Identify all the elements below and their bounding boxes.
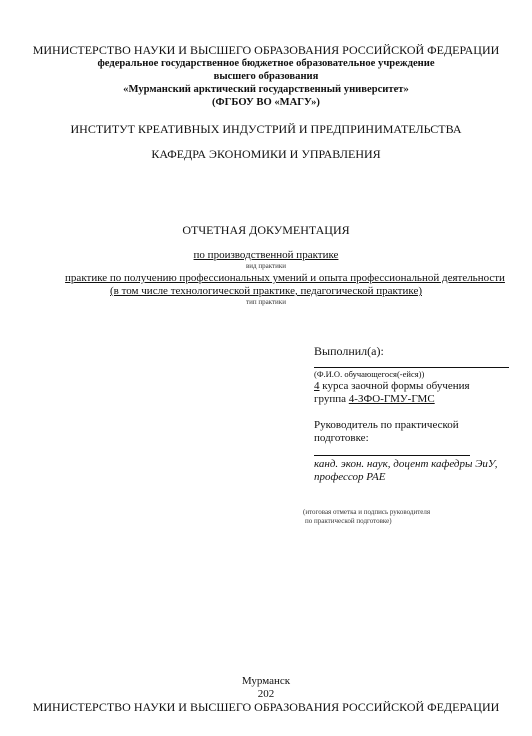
- practice-type-caption: тип практики: [0, 298, 532, 307]
- department-name: КАФЕДРА ЭКОНОМИКИ И УПРАВЛЕНИЯ: [0, 147, 532, 161]
- group-label: группа: [314, 393, 349, 405]
- institution-type-line1: федеральное государственное бюджетное об…: [0, 57, 532, 70]
- institution-type-line2: высшего образования: [0, 70, 532, 83]
- practice-kind-value: по производственной практике: [0, 249, 532, 262]
- course-text: курса заочной формы обучения: [320, 380, 470, 392]
- group-value: 4-ЗФО-ГМУ-ГМС: [349, 393, 435, 405]
- signature-note-line1: (итоговая отметка и подпись руководителя: [303, 508, 430, 517]
- student-name-line: [314, 367, 509, 368]
- city: Мурманск: [0, 675, 532, 688]
- university-name: «Мурманский арктический государственный …: [0, 83, 532, 96]
- student-name-caption: (Ф.И.О. обучающегося(-ейся)): [314, 369, 424, 379]
- student-label: Выполнил(а):: [314, 344, 384, 358]
- student-group: группа 4-ЗФО-ГМУ-ГМС: [314, 393, 435, 406]
- supervisor-title-line1: канд. экон. наук, доцент кафедры ЭиУ,: [314, 458, 498, 471]
- ministry-heading: МИНИСТЕРСТВО НАУКИ И ВЫСШЕГО ОБРАЗОВАНИЯ…: [0, 43, 532, 57]
- supervisor-signature-line: [314, 455, 470, 456]
- practice-kind-caption: вид практики: [0, 262, 532, 271]
- supervisor-title-line2: профессор РАЕ: [314, 471, 385, 484]
- document-title: ОТЧЕТНАЯ ДОКУМЕНТАЦИЯ: [0, 223, 532, 237]
- supervisor-label-line1: Руководитель по практической: [314, 419, 459, 432]
- ministry-heading-repeat: МИНИСТЕРСТВО НАУКИ И ВЫСШЕГО ОБРАЗОВАНИЯ…: [0, 700, 532, 714]
- supervisor-label-line2: подготовке:: [314, 432, 369, 445]
- student-course: 4 курса заочной формы обучения: [314, 380, 470, 393]
- institute-name: ИНСТИТУТ КРЕАТИВНЫХ ИНДУСТРИЙ И ПРЕДПРИН…: [0, 122, 532, 136]
- signature-note-line2: по практической подготовке): [305, 517, 392, 526]
- practice-type-value-line1: практике по получению профессиональных у…: [60, 272, 510, 285]
- university-abbreviation: (ФГБОУ ВО «МАГУ»): [0, 96, 532, 109]
- practice-type-value-line2: (в том числе технологической практике, п…: [0, 285, 532, 298]
